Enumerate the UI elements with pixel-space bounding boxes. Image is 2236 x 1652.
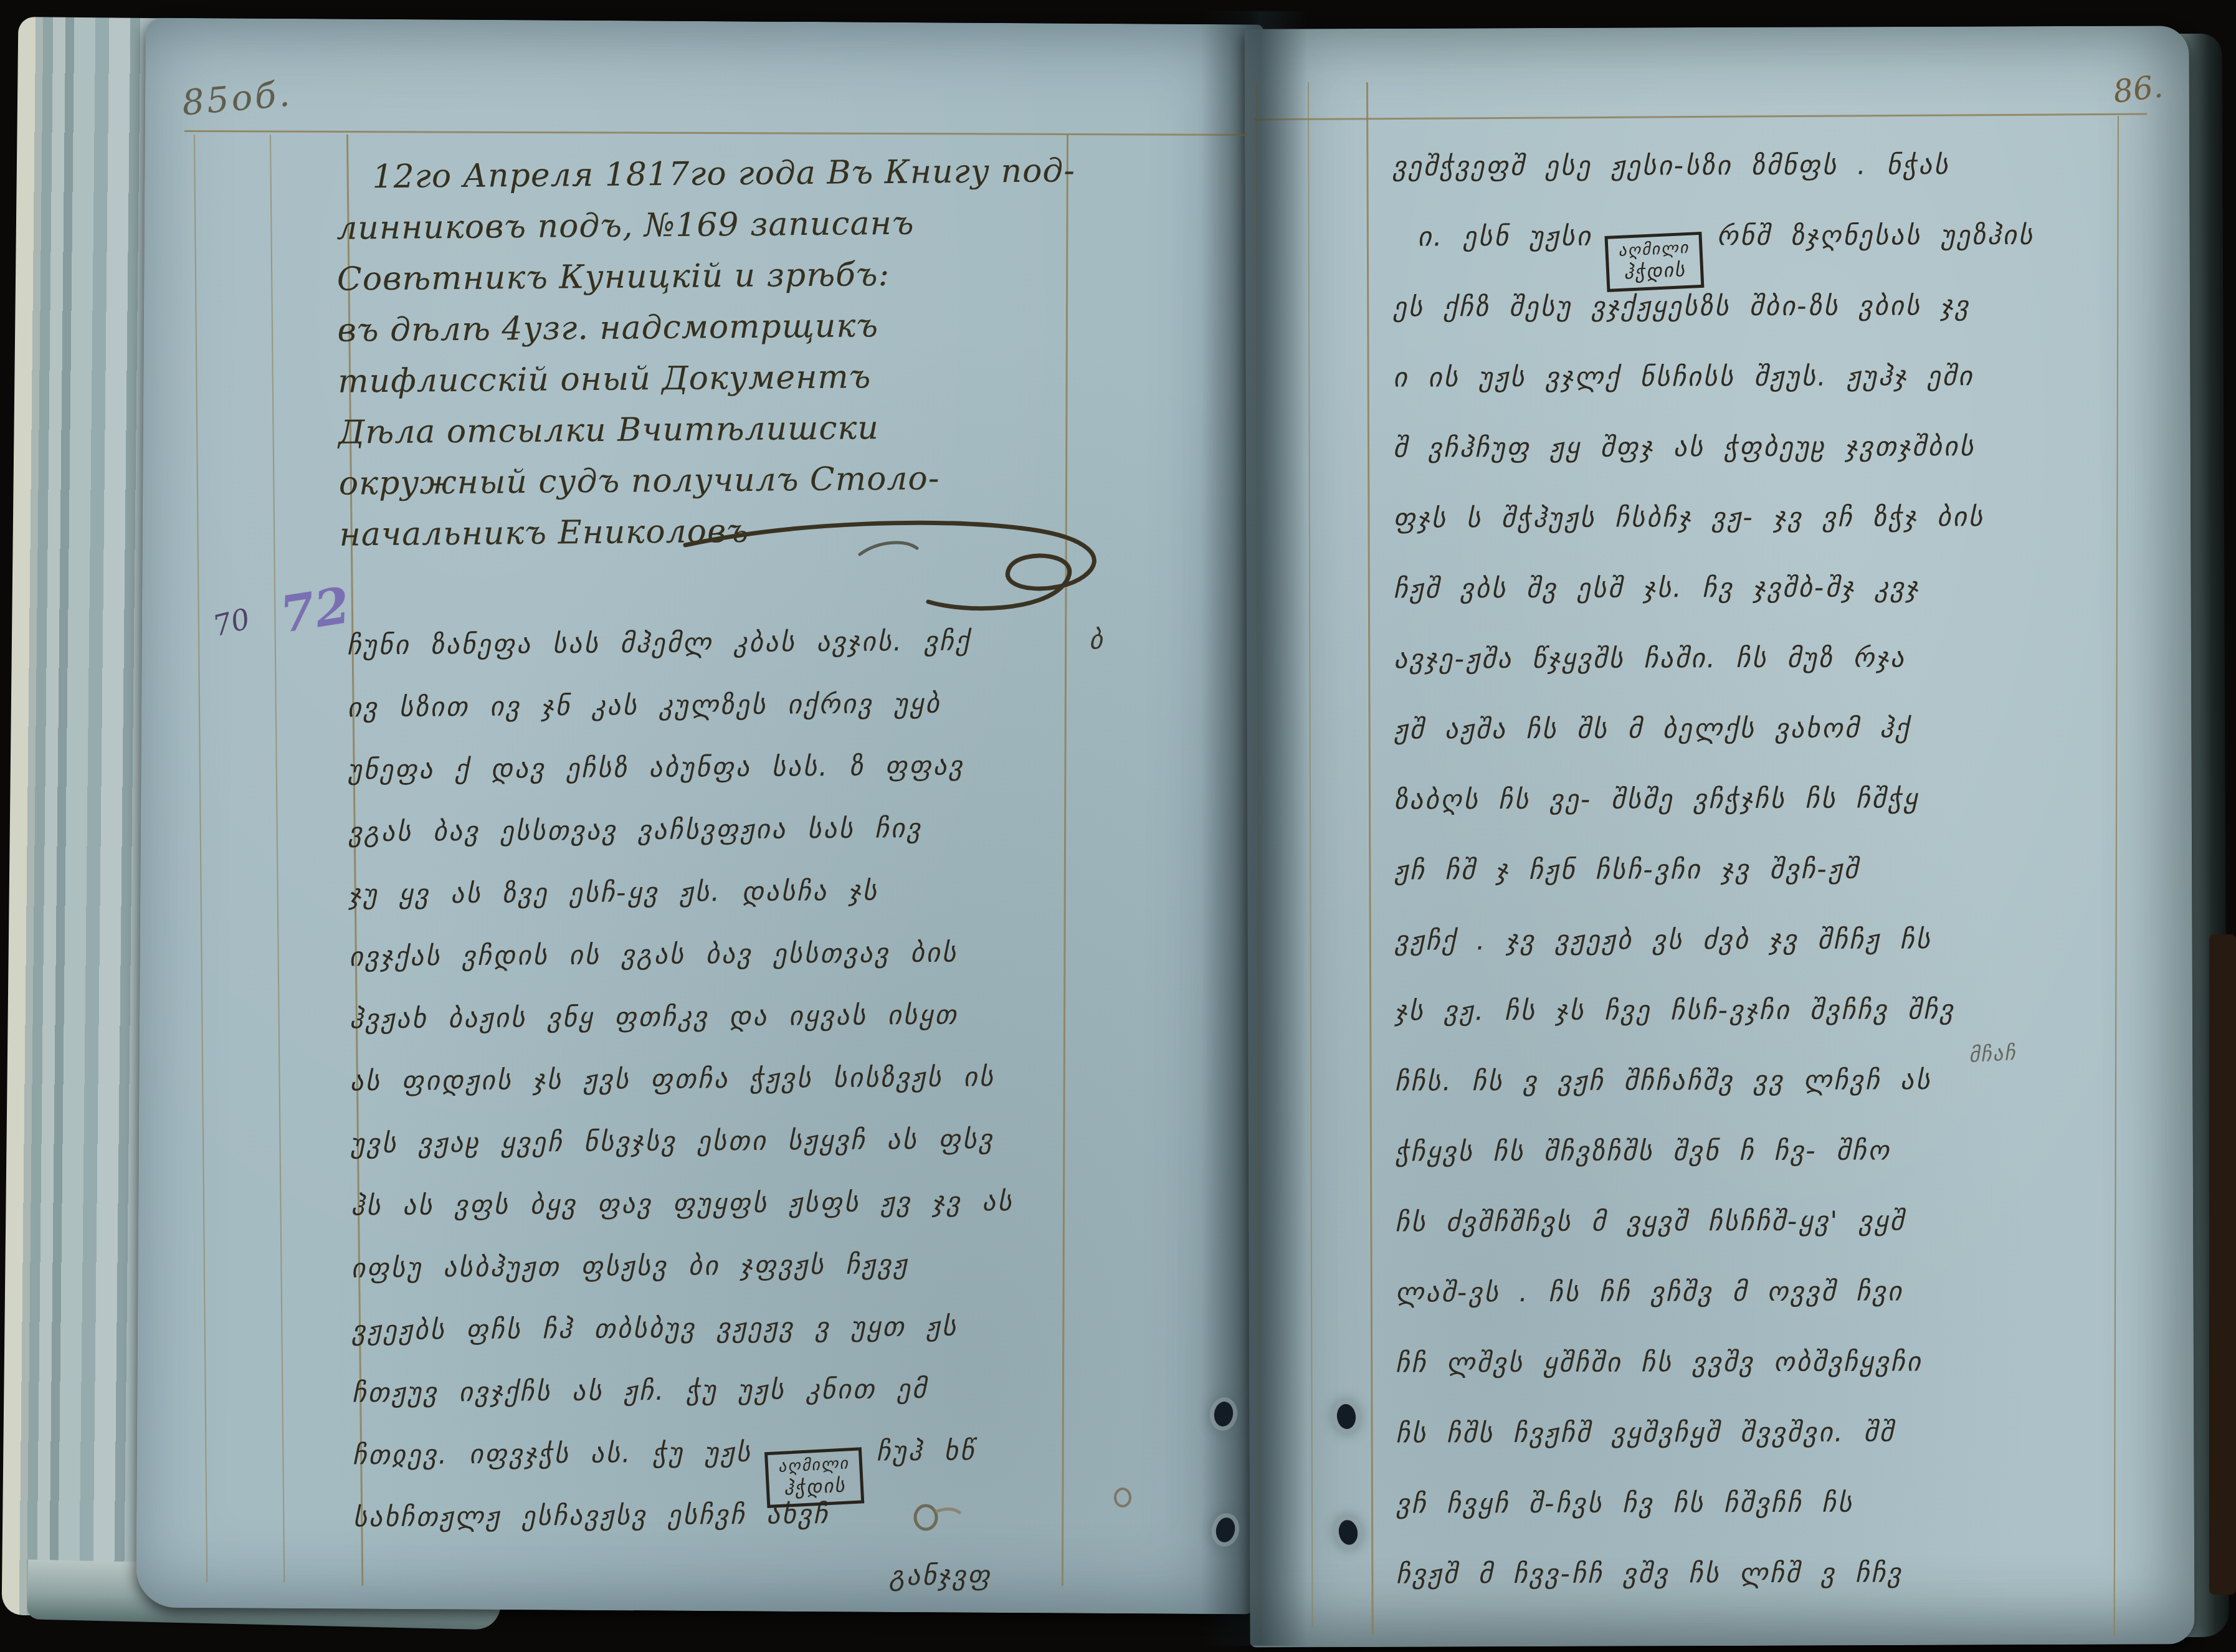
georgian-text-line: ვგას ბავ ესსთვავ ვაჩსვფჟია სას ჩივ — [348, 796, 1134, 864]
signature-flourish — [673, 480, 1146, 629]
georgian-text-line: ჩს ძვშჩშჩვს მ ვყვშ ჩსჩჩშ-ყვ' ვყშ — [1395, 1185, 2130, 1258]
russian-text-line: Совѣтникъ Куницкій и зрѣбъ: — [337, 247, 1148, 305]
left-fore-edge-page-stack — [2, 17, 161, 1616]
georgian-text-line: ავჯე-ჟშა წჯყვშს ჩაში. ჩს მუზ რჯა — [1394, 622, 2129, 695]
ink-doodle-circle — [911, 1500, 967, 1535]
georgian-text-line: შ ვჩჰჩუფ ჟყ შფჯ ას ჭფბეუჸ ჯვთჯშბის — [1393, 411, 2128, 483]
stamp-text-line2: ჰჭდის — [779, 1473, 851, 1501]
georgian-text-block-left: ჩუნი ზანეფა სას მჰემლ კბას ავჯის. ვჩქ ივ… — [346, 609, 1138, 1612]
georgian-text-line: ეს ქჩზ შესუ ვჯქჟყესზს შბი-ზს ვბის ჯვ — [1392, 270, 2128, 343]
russian-text-line: Дѣла отсылки Вчитѣлишски — [338, 400, 1149, 458]
georgian-text-segment: ჩთჲევ. იფვჯჭს ას. ჭუ უჟს — [353, 1437, 752, 1471]
georgian-text-line: ვჩ ჩვყჩ შ-ჩვს ჩვ ჩს ჩშვჩჩ ჩს — [1396, 1467, 2131, 1539]
folio-number-right: 86. — [2111, 68, 2165, 110]
georgian-text-line: ჩვჟშ მ ჩვვ-ჩჩ ვშვ ჩს ლჩშ ვ ჩჩვ — [1396, 1537, 2131, 1610]
georgian-text-line: ჩჩს. ჩს ვ ვჟჩ შჩჩაჩშვ ვვ ლჩვჩ ას — [1395, 1045, 2130, 1117]
manuscript-scan: 85об. 86. 70 72 ბ 12го Апреля 1817го год… — [0, 0, 2236, 1652]
russian-text-line: линниковъ подъ, №169 записанъ — [336, 196, 1147, 254]
georgian-text-line: სახჩთჟლჟ ესჩავჟსვ ესჩვჩ ახვჩ — [353, 1481, 1138, 1549]
georgian-text-line: ჯს ვჟ. ჩს ჯს ჩვე ჩსჩ-ვჯჩი შვჩჩვ შჩვ — [1394, 974, 2129, 1047]
georgian-text-line: ჩთჟუვ ივჯქჩს ას ჟჩ. ჭუ უჟს კნით ემ — [352, 1357, 1138, 1425]
georgian-text-line: ჩს ჩშს ჩვჟჩშ ვყშვჩყშ შვვშვი. შშ — [1396, 1397, 2131, 1469]
georgian-text-line: ჩჟშ ვბს შვ ესშ ჯს. ჩვ ჯვშბ-შჯ კვჯ — [1394, 552, 2129, 624]
georgian-text-line: ივჯქას ვჩდის ის ვგას ბავ ესსთვავ ბის — [349, 921, 1135, 989]
georgian-text-line: უნეფა ქ დავ ეჩსზ აბუნფა სას. ზ ფფავ — [348, 734, 1133, 802]
georgian-text-line: ი ის უჟს ვჯლქ ნსჩისს შჟუს. ჟუჰჯ ეში — [1393, 341, 2128, 413]
georgian-text-line: უვს ვჟაჸ ყვეჩ ნსვჯსვ ესთი სჟყვჩ ას ფსვ — [350, 1108, 1136, 1175]
georgian-text-line: ჩჩ ლშვს ყშჩში ჩს ვვშვ ობშვჩყვჩი — [1396, 1326, 2131, 1398]
georgian-text-segment: ჩუჰ ხწ — [877, 1435, 976, 1467]
georgian-text-line: ზაბღს ჩს ვე- შსშე ვჩჭჯჩს ჩს ჩშჭყ — [1394, 763, 2129, 835]
registration-stamp-box-left: აღმილიჰჭდის — [764, 1447, 864, 1508]
georgian-text-line: ას ფიდჟის ჯს ჟვს ფთჩა ჭჟვს სისზვჟს ის — [350, 1045, 1135, 1113]
georgian-text-line: ფჯს ს შჭჰუჟს ჩსბჩჯ ვჟ- ჯვ ვჩ ზჭჯ ბის — [1393, 482, 2128, 554]
georgian-text-line: ვჟეჟბს ფჩს ჩჰ თბსბუვ ვჟეჟვ ვ უყთ ჟს — [351, 1294, 1137, 1362]
book-cover-edge — [2209, 934, 2236, 1595]
georgian-text-line: იფსუ ასბჰუჟთ ფსჟსვ ბი ჯფვჟს ჩჟვჟ — [351, 1232, 1136, 1300]
russian-text-line: тифлисскій оный Документъ — [338, 349, 1148, 407]
georgian-text-line: ლაშ-ვს . ჩს ჩჩ ვჩშვ მ ოვვშ ჩვი — [1396, 1256, 2131, 1328]
interline-insertion: მჩაჩ — [1968, 1040, 2017, 1067]
russian-text-line: въ дѣлѣ 4узг. надсмотрщикъ — [337, 298, 1148, 356]
registration-stamp-box-right: აღმილიჰჭდის — [1605, 232, 1705, 292]
stamp-text-line1: აღმილი — [1618, 238, 1690, 261]
georgian-text-block-right: ვეშჭვეფშ ესე ჟესი-სზი ზმნფს . ნჭას ი. ეს… — [1392, 130, 2131, 1610]
georgian-text-line: ჰვჟახ ბაჟის ვნყ ფთჩკვ და იყვას ისყთ — [350, 983, 1135, 1051]
georgian-text-line: განჯვფ — [353, 1544, 1139, 1612]
georgian-text-line: ვეშჭვეფშ ესე ჟესი-სზი ზმნფს . ნჭას — [1392, 130, 2128, 202]
georgian-text-line: ივ სზით ივ ჯნ კას კულზეს იქრივ უყბ — [347, 672, 1133, 739]
margin-number-large: 72 — [276, 576, 354, 644]
georgian-text-line-with-stamp: ჩთჲევ. იფვჯჭს ას. ჭუ უჟსაღმილიჰჭდისჩუჰ ხ… — [353, 1419, 1138, 1487]
georgian-text-line: ჰს ას ვფს ბყვ ფავ ფუყფს ჟსფს ჟვ ჯვ ას — [351, 1170, 1136, 1238]
georgian-text-line: ვჟჩქ . ჯვ ვჟეჟბ ვს ძვბ ჯვ შჩჩჟ ჩს — [1394, 904, 2129, 976]
georgian-text-segment: ი. ესნ უჟსი — [1417, 221, 1592, 253]
georgian-text-line: ჟჩ ჩშ ჯ ჩჟნ ჩსჩ-ვჩი ჯვ შვჩ-ჟშ — [1394, 833, 2129, 906]
stamp-text-line2: ჰჭდის — [1619, 258, 1691, 285]
georgian-text-line: ჭჩყვს ჩს შჩვზჩშს შვნ ჩ ჩვ- შჩო — [1395, 1115, 2130, 1187]
ink-doodle-small — [1110, 1484, 1140, 1510]
georgian-text-line: ჩუნი ზანეფა სას მჰემლ კბას ავჯის. ვჩქ — [346, 609, 1132, 677]
georgian-text-segment: რნშ ზჯღნესას უეზჰის — [1717, 220, 2035, 252]
georgian-text-line: ჯუ ყვ ას ზვე ესჩ-ყვ ჟს. დასჩა ჯს — [348, 858, 1134, 926]
russian-text-line: 12го Апреля 1817го года Въ Книгу под- — [336, 145, 1146, 202]
georgian-text-line-with-stamp: ი. ესნ უჟსიაღმილიჰჭდისრნშ ზჯღნესას უეზჰი… — [1392, 200, 2128, 272]
georgian-text-line: ჟშ აჟშა ჩს შს მ ბელქს ვახომ ჰქ — [1394, 693, 2129, 765]
